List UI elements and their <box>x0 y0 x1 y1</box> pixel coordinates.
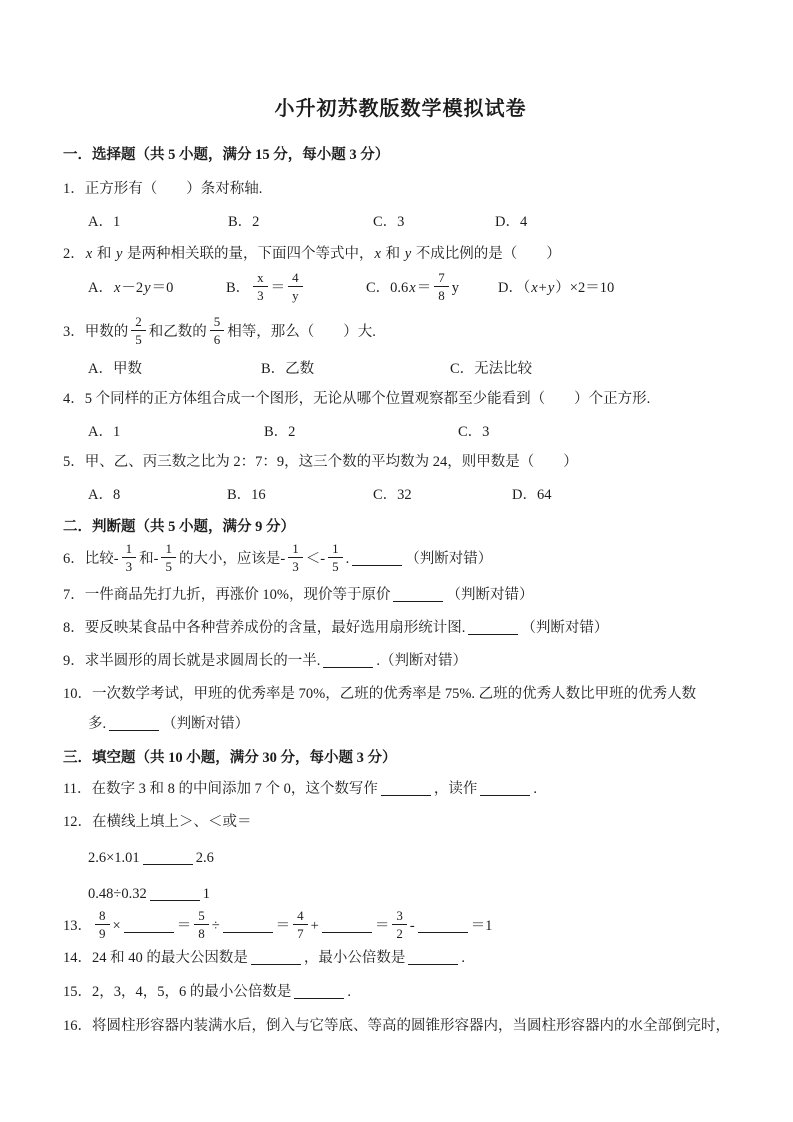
answer-blank <box>408 963 458 965</box>
text-run: C．3 <box>373 214 404 230</box>
text-run: . <box>347 984 351 1000</box>
text-run: . <box>533 781 537 797</box>
text-run: ＝ <box>417 280 432 296</box>
question-4-option-c: C．3 <box>458 420 489 441</box>
text-run: B．2 <box>264 424 295 440</box>
text-run: （判断对错） <box>521 620 608 636</box>
section-1-heading: 一．选择题（共 5 小题，满分 15 分，每小题 3 分） <box>63 144 738 166</box>
fraction: 58 <box>194 908 209 941</box>
text-run: 和- <box>139 551 158 567</box>
text-run: ，最小公倍数是 <box>304 950 406 966</box>
question-3-option-c: C．无法比较 <box>450 357 532 378</box>
fraction-denominator: 7 <box>293 925 308 941</box>
fraction: 25 <box>131 314 146 347</box>
answer-blank <box>322 931 372 933</box>
answer-blank <box>143 863 193 865</box>
text-run: ＝ <box>375 918 390 934</box>
text-run: y <box>452 280 459 296</box>
question-5-text: 5．甲、乙、丙三数之比为 2：7：9，这三个数的平均数为 24，则甲数是（ ） <box>63 451 738 473</box>
text-run: 1．正方形有（ ）条对称轴. <box>63 181 262 197</box>
text-run: 2.6 <box>196 850 214 866</box>
question-3-text: 3．甲数的25和乙数的56相等，那么（ ）大. <box>63 313 738 351</box>
text-run: 和 <box>93 246 115 262</box>
text-run: + <box>311 918 319 934</box>
fraction-numerator: 3 <box>392 908 407 925</box>
text-run: C．无法比较 <box>450 361 532 377</box>
fraction-numerator: 1 <box>288 541 303 558</box>
answer-blank <box>468 633 518 635</box>
text-run: 是两种相关联的量，下面四个等式中， <box>123 246 373 262</box>
text-run: 3．甲数的 <box>63 324 128 340</box>
text-run: 多. <box>88 716 106 732</box>
question-10-text-line-2: 多.（判断对错） <box>88 713 738 735</box>
page-title: 小升初苏教版数学模拟试卷 <box>63 96 738 122</box>
question-3-option-a: A．甲数 <box>88 357 261 378</box>
text-run: 和乙数的 <box>149 324 207 340</box>
answer-blank <box>124 931 174 933</box>
question-3-option-b: B．乙数 <box>261 357 450 378</box>
question-4-option-b: B．2 <box>264 420 458 441</box>
question-4-options: A．1 B．2 C．3 <box>88 420 738 441</box>
section-2-heading: 二．判断题（共 5 小题，满分 9 分） <box>63 516 738 538</box>
question-12-text: 12．在横线上填上＞、＜或＝ <box>63 811 738 833</box>
answer-blank <box>352 564 402 566</box>
fraction-numerator: x <box>253 270 268 287</box>
question-1-option-a: A．1 <box>88 210 228 231</box>
fraction-numerator: 1 <box>122 541 137 558</box>
fraction: 89 <box>95 908 110 941</box>
text-run: ＝ <box>177 918 192 934</box>
text-run: 10．一次数学考试，甲班的优秀率是 70%，乙班的优秀率是 75%. 乙班的优秀… <box>63 686 696 702</box>
question-1-option-d: D．4 <box>495 210 527 231</box>
text-run: ＝ <box>276 918 291 934</box>
question-1-option-c: C．3 <box>373 210 495 231</box>
fraction: 15 <box>161 541 176 574</box>
text-run: ＝0 <box>152 280 174 296</box>
text-run: D．4 <box>495 214 527 230</box>
question-5-option-d: D．64 <box>512 483 551 504</box>
fraction-numerator: 4 <box>293 908 308 925</box>
text-run: 不成比例的是（ ） <box>412 246 561 262</box>
answer-blank <box>294 997 344 999</box>
question-10-text-line-1: 10．一次数学考试，甲班的优秀率是 70%，乙班的优秀率是 75%. 乙班的优秀… <box>63 683 738 705</box>
text-run: A．1 <box>88 214 120 230</box>
fraction-denominator: 8 <box>194 925 209 941</box>
text-run: D．（ <box>498 280 530 296</box>
text-run: D．64 <box>512 487 551 503</box>
text-run: A．8 <box>88 487 120 503</box>
fraction: 56 <box>210 314 225 347</box>
text-run: x <box>408 280 416 296</box>
fraction: 47 <box>293 908 308 941</box>
fraction-denominator: 5 <box>328 558 343 574</box>
text-run: 2． <box>63 246 85 262</box>
answer-blank <box>393 600 443 602</box>
question-3-options: A．甲数 B．乙数 C．无法比较 <box>88 357 738 378</box>
text-run: 15．2，3，4，5，6 的最小公倍数是 <box>63 984 291 1000</box>
fraction-numerator: 1 <box>161 541 176 558</box>
question-2-option-d: D．（x+y）×2＝10 <box>498 269 614 307</box>
question-15-text: 15．2，3，4，5，6 的最小公倍数是. <box>63 981 738 1003</box>
text-run: 11．在数字 3 和 8 的中间添加 7 个 0，这个数写作 <box>63 781 378 797</box>
text-run: y <box>404 246 412 262</box>
answer-blank <box>323 666 373 668</box>
question-1-option-b: B．2 <box>228 210 373 231</box>
fraction-numerator: 5 <box>210 314 225 331</box>
text-run: （判断对错） <box>405 551 492 567</box>
text-run: C．3 <box>458 424 489 440</box>
question-2-option-b: B．x3＝4y <box>226 269 366 307</box>
text-run: 9．求半圆形的周长就是求圆周长的一半. <box>63 653 320 669</box>
text-run: . <box>461 950 465 966</box>
text-run: 1 <box>203 886 210 902</box>
text-run: ＝ <box>271 280 286 296</box>
question-5-option-c: C．32 <box>373 483 512 504</box>
question-7-text: 7．一件商品先打九折，再涨价 10%，现价等于原价（判断对错） <box>63 584 738 606</box>
text-run: 8．要反映某食品中各种营养成份的含量，最好选用扇形统计图. <box>63 620 465 636</box>
question-2-option-a: A．x－2y＝0 <box>88 269 226 307</box>
fraction-numerator: 7 <box>434 270 449 287</box>
text-run: －2 <box>121 280 143 296</box>
text-run: B．16 <box>227 487 266 503</box>
text-run: x <box>85 246 93 262</box>
fraction-denominator: 6 <box>210 331 225 347</box>
fraction: 32 <box>392 908 407 941</box>
fraction-denominator: 3 <box>253 287 268 303</box>
text-run: C．0.6 <box>366 280 408 296</box>
text-run: B．2 <box>228 214 259 230</box>
fraction: 78 <box>434 270 449 303</box>
answer-blank <box>418 931 468 933</box>
question-11-text: 11．在数字 3 和 8 的中间添加 7 个 0，这个数写作，读作. <box>63 778 738 800</box>
text-run: A． <box>88 280 113 296</box>
fraction: 15 <box>328 541 343 574</box>
question-2-options: A．x－2y＝0 B．x3＝4y C．0.6x＝78y D．（x+y）×2＝10 <box>88 269 738 307</box>
question-14-text: 14．24 和 40 的最大公因数是，最小公倍数是. <box>63 947 738 969</box>
fraction-numerator: 8 <box>95 908 110 925</box>
question-5-option-b: B．16 <box>227 483 373 504</box>
text-run: 12．在横线上填上＞、＜或＝ <box>63 814 252 830</box>
fraction-denominator: y <box>288 287 303 303</box>
text-run: （判断对错） <box>446 587 533 603</box>
fraction: 4y <box>288 270 303 303</box>
question-8-text: 8．要反映某食品中各种营养成份的含量，最好选用扇形统计图.（判断对错） <box>63 617 738 639</box>
fraction-denominator: 5 <box>131 331 146 347</box>
text-run: 7．一件商品先打九折，再涨价 10%，现价等于原价 <box>63 587 390 603</box>
text-run: .（判断对错） <box>376 653 467 669</box>
question-2-text: 2．x 和 y 是两种相关联的量，下面四个等式中，x 和 y 不成比例的是（ ） <box>63 243 738 265</box>
text-run: A．1 <box>88 424 120 440</box>
text-run: 13． <box>63 918 92 934</box>
answer-blank <box>480 794 530 796</box>
fraction: 13 <box>288 541 303 574</box>
answer-blank <box>223 931 273 933</box>
question-9-text: 9．求半圆形的周长就是求圆周长的一半..（判断对错） <box>63 650 738 672</box>
text-run: 0.48÷0.32 <box>88 886 147 902</box>
text-run: （判断对错） <box>162 716 249 732</box>
question-13-text: 13．89×＝58÷＝47+＝32-＝1 <box>63 907 738 945</box>
question-16-text: 16．将圆柱形容器内装满水后，倒入与它等底、等高的圆锥形容器内，当圆柱形容器内的… <box>63 1015 738 1037</box>
text-run: 4．5 个同样的正方体组合成一个图形，无论从哪个位置观察都至少能看到（ ）个正方… <box>63 391 650 407</box>
question-6-text: 6．比较-13和-15的大小，应该是-13＜-15.（判断对错） <box>63 540 738 578</box>
question-2-option-c: C．0.6x＝78y <box>366 269 498 307</box>
question-4-option-a: A．1 <box>88 420 264 441</box>
answer-blank <box>251 963 301 965</box>
text-run: 和 <box>382 246 404 262</box>
text-run: y <box>143 280 151 296</box>
fraction-numerator: 2 <box>131 314 146 331</box>
question-12-subline-2: 0.48÷0.321 <box>88 883 738 905</box>
text-run: x <box>374 246 382 262</box>
answer-blank <box>381 794 431 796</box>
text-run: B．乙数 <box>261 361 314 377</box>
text-run: C．32 <box>373 487 412 503</box>
text-run: 2.6×1.01 <box>88 850 140 866</box>
text-run: ＝1 <box>471 918 493 934</box>
fraction-denominator: 9 <box>95 925 110 941</box>
fraction-denominator: 2 <box>392 925 407 941</box>
fraction-denominator: 5 <box>161 558 176 574</box>
question-5-option-a: A．8 <box>88 483 227 504</box>
question-5-options: A．8 B．16 C．32 D．64 <box>88 483 738 504</box>
text-run: 16．将圆柱形容器内装满水后，倒入与它等底、等高的圆锥形容器内，当圆柱形容器内的… <box>63 1018 730 1034</box>
fraction-denominator: 3 <box>122 558 137 574</box>
text-run: × <box>113 918 121 934</box>
text-run: 的大小，应该是- <box>179 551 285 567</box>
text-run: . <box>346 551 350 567</box>
question-4-text: 4．5 个同样的正方体组合成一个图形，无论从哪个位置观察都至少能看到（ ）个正方… <box>63 388 738 410</box>
text-run: A．甲数 <box>88 361 142 377</box>
answer-blank <box>150 899 200 901</box>
text-run: ＜- <box>306 551 325 567</box>
fraction-numerator: 4 <box>288 270 303 287</box>
section-3-heading: 三．填空题（共 10 小题，满分 30 分，每小题 3 分） <box>63 747 738 769</box>
text-run: 相等，那么（ ）大. <box>227 324 376 340</box>
fraction-denominator: 3 <box>288 558 303 574</box>
fraction: x3 <box>253 270 268 303</box>
text-run: + <box>539 280 547 296</box>
text-run: ）×2＝10 <box>555 280 614 296</box>
fraction-denominator: 8 <box>434 287 449 303</box>
text-run: 6．比较- <box>63 551 119 567</box>
exam-page: 小升初苏教版数学模拟试卷 一．选择题（共 5 小题，满分 15 分，每小题 3 … <box>0 0 793 1122</box>
question-1-options: A．1 B．2 C．3 D．4 <box>88 210 738 231</box>
question-1-text: 1．正方形有（ ）条对称轴. <box>63 178 738 200</box>
text-run: B． <box>226 280 250 296</box>
fraction-numerator: 1 <box>328 541 343 558</box>
question-12-subline-1: 2.6×1.012.6 <box>88 847 738 869</box>
text-run: ÷ <box>212 918 220 934</box>
text-run: x <box>530 280 538 296</box>
text-run: ，读作 <box>434 781 478 797</box>
text-run: - <box>410 918 415 934</box>
fraction: 13 <box>122 541 137 574</box>
text-run: 14．24 和 40 的最大公因数是 <box>63 950 248 966</box>
answer-blank <box>109 729 159 731</box>
text-run: 5．甲、乙、丙三数之比为 2：7：9，这三个数的平均数为 24，则甲数是（ ） <box>63 454 578 470</box>
fraction-numerator: 5 <box>194 908 209 925</box>
